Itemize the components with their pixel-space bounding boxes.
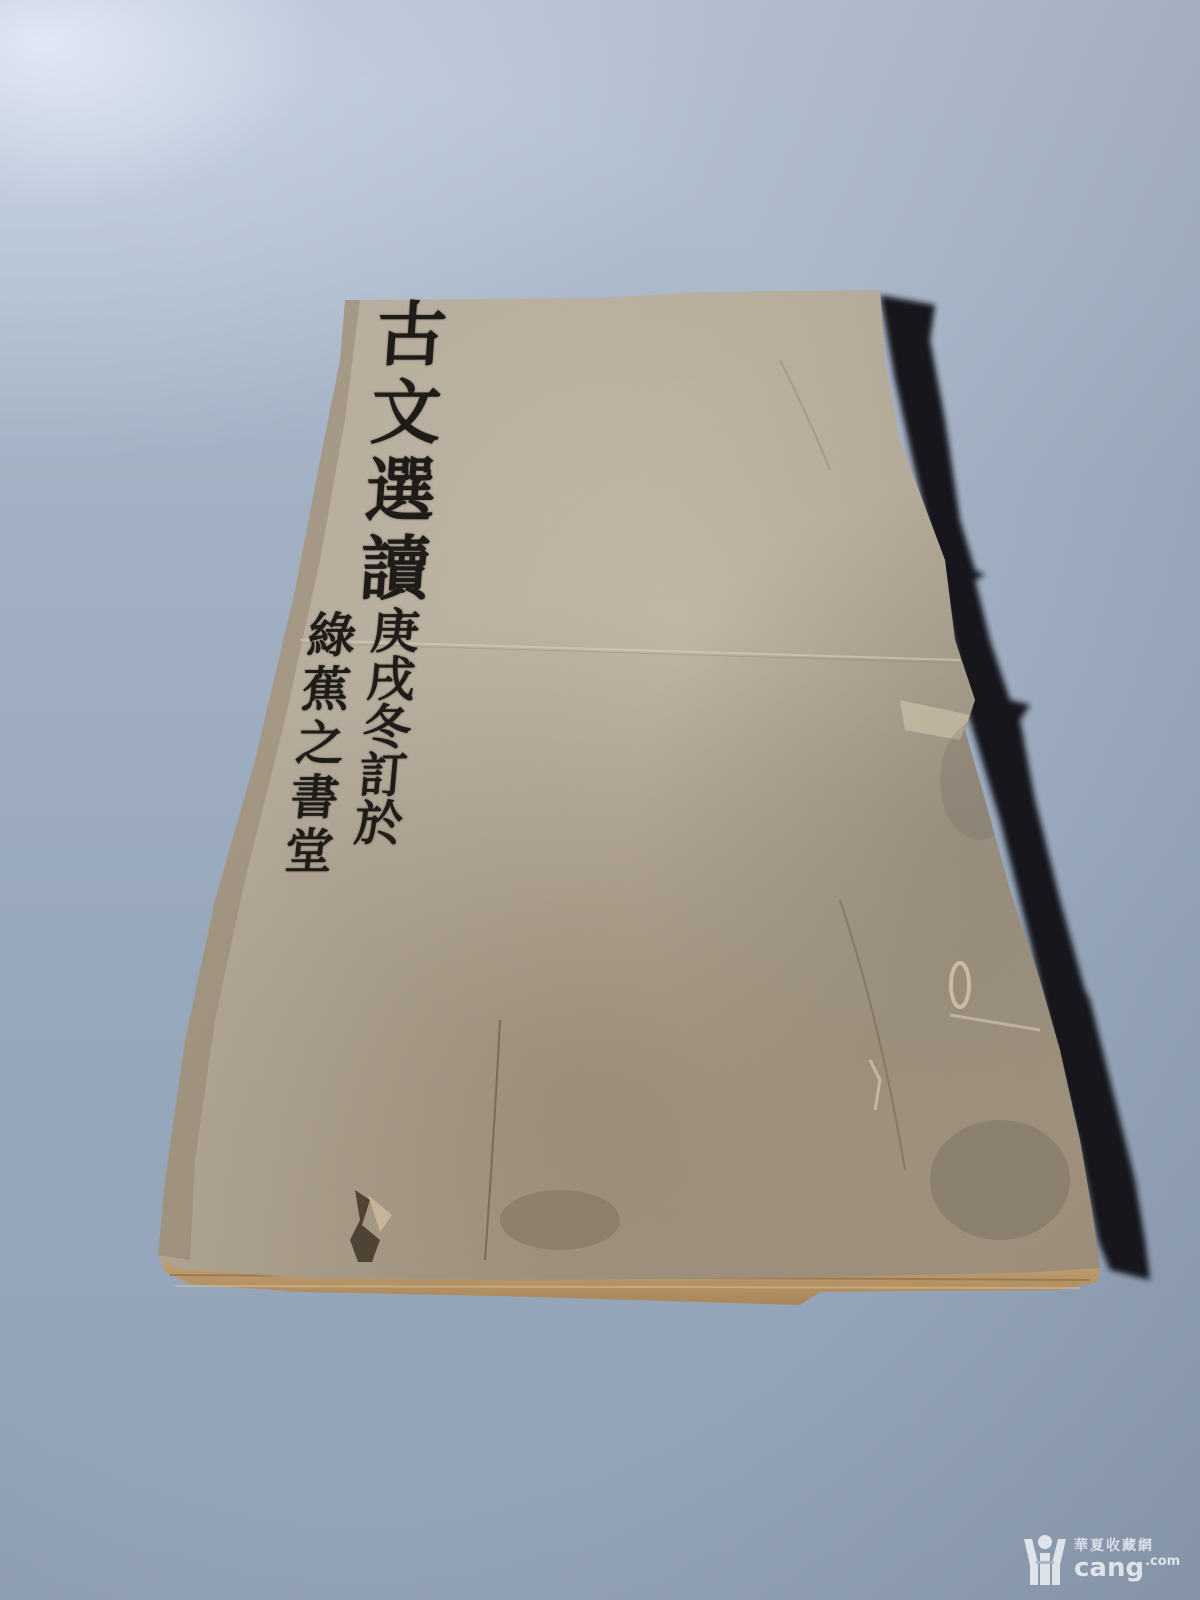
title-char: 古	[373, 300, 448, 378]
inscription-char: 庚	[369, 608, 421, 656]
inscription-char: 冬	[361, 704, 413, 752]
antique-book	[0, 0, 1200, 1600]
inscription-char: 戌	[365, 656, 417, 704]
title-char: 選	[363, 456, 438, 534]
title-char: 文	[368, 378, 443, 456]
watermark-en-text: cang.com	[1074, 1555, 1180, 1581]
inscription-char: 堂	[282, 828, 336, 882]
watermark-cn-text: 華夏收藏網	[1074, 1539, 1180, 1553]
cang-logo-icon	[1022, 1533, 1068, 1587]
site-watermark: 華夏收藏網 cang.com	[1022, 1530, 1192, 1590]
inscription-char: 於	[352, 800, 404, 848]
inscription-char: 蕉	[299, 666, 353, 720]
title-char: 讀	[357, 534, 432, 612]
watermark-domain-suffix: .com	[1145, 1554, 1180, 1569]
inscription-char: 書	[287, 774, 341, 828]
inscription-char: 訂	[357, 752, 409, 800]
inscription-char: 之	[293, 720, 347, 774]
inscription-char: 綠	[304, 612, 358, 666]
watermark-brand: cang	[1074, 1553, 1144, 1583]
